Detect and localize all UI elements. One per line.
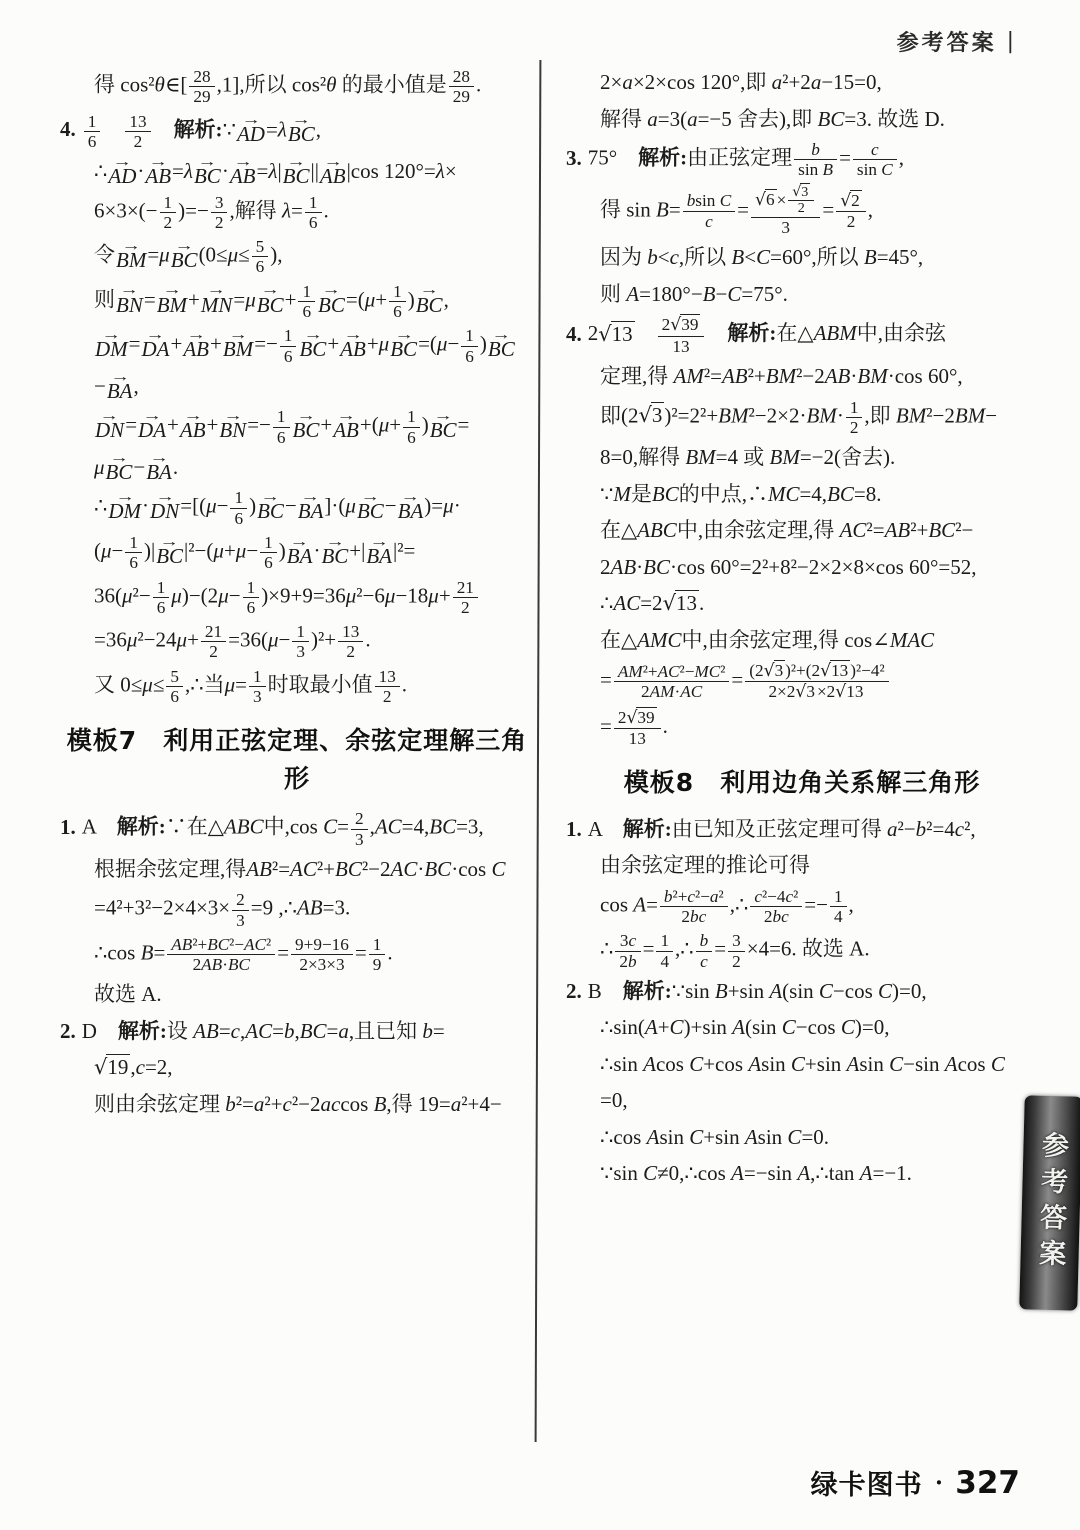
math-variable: AB [722,364,748,388]
solution-text-line: 36(μ²−16μ)−(2μ−16)×9+9=36μ²−6μ−18μ+212 [60,578,534,618]
math-variable: MC [694,662,720,681]
math-variable: AB [885,518,911,542]
math-variable: A [847,1052,860,1076]
vector-notation: →BA [107,374,133,402]
fraction: bsin B [794,140,837,180]
vector-notation: →BN [219,413,246,441]
math-variable: BC [228,955,250,974]
right-column: 2×a×2×cos 120°,即 a²+2a−15=0,解得 a=3(a=−5 … [566,62,1038,1195]
math-variable: A [626,282,639,306]
radical-notation: √19 [94,1055,130,1079]
vector-arrow-icon: → [149,159,168,166]
bold-text: 4. [566,322,582,346]
fraction: 13 [292,622,309,662]
math-variable: μ [437,332,448,356]
math-variable: ac [321,1092,341,1116]
vector-arrow-icon: → [233,159,252,166]
math-variable: BC [207,935,229,954]
fraction: 132 [375,667,400,707]
solution-text-line: 由余弦定理的推论可得 [566,850,1038,882]
math-variable: μ [206,494,217,518]
math-variable: c [628,931,636,950]
vector-arrow-icon: → [492,332,511,339]
fraction: 16 [305,193,322,233]
math-variable: B [141,940,154,964]
solution-text-line: 解得 a=3(a=−5 舍去),即 BC=3. 故选 D. [566,104,1038,136]
vector-arrow-icon: → [146,332,165,339]
fraction: 2829 [189,67,214,107]
math-variable: B [731,245,744,269]
vector-notation: →BC [257,494,284,522]
numbered-answer-line: 2.D 解析:设 AB=c,AC=b,BC=a,且已知 b= [60,1016,534,1048]
math-variable: μ [101,539,112,563]
vector-arrow-icon: → [110,374,129,381]
vector-notation: →BC [171,243,198,271]
publisher-brand: 绿卡图书 [811,1463,923,1502]
radical-notation: √3 [795,682,817,701]
fraction: 9+9−162×3×3 [291,935,353,975]
radical-notation: √13 [598,322,634,346]
math-variable: C [791,1052,805,1076]
bold-text: 解析: [117,815,166,839]
math-variable: AC [658,662,680,681]
math-variable: c [705,212,713,231]
math-variable: C [491,857,505,881]
fraction: 23 [232,890,249,930]
vector-arrow-icon: → [198,159,217,166]
vector-notation: →BC [390,332,417,360]
math-variable: μ [159,243,170,267]
math-variable: AB [611,555,637,579]
radical-notation: √13 [663,591,699,615]
math-variable: M [613,482,631,506]
math-variable: A [860,1161,873,1185]
solution-text-line: =4²+3²−2×4×3×23=9 ,∴AB=3. [60,890,534,930]
solution-text-line: =AM²+AC²−MC²2AM·AC=(2√3)²+(2√13)²−4²2×2√… [566,661,1038,703]
math-variable: C [991,1052,1005,1076]
solution-text-line: 在△ABC中,由余弦定理,得 AC²=AB²+BC²− [566,515,1038,547]
radical-sign-icon: √ [663,591,676,615]
radical-notation: √13 [820,661,850,680]
math-variable: C [670,1015,684,1039]
page-header-divider: | [1007,29,1014,54]
vector-notation: →DM [95,332,128,360]
fraction: 16 [243,578,260,618]
bold-text: 解析: [638,146,687,170]
math-variable: a [887,817,898,841]
answer-key-page: 参考答案 | 得 cos²θ∈[2829,1],所以 cos²θ 的最小值是28… [0,0,1080,1530]
fraction: 16 [389,282,406,322]
math-variable: c [871,140,879,159]
math-variable: μ [94,455,105,479]
math-variable: μ [443,494,454,518]
radical-notation: √3 [792,184,810,200]
math-variable: θ [155,73,165,97]
radical-notation: √13 [835,682,865,701]
math-variable: b [700,931,709,950]
math-variable: b [225,1092,236,1116]
math-variable: A [732,1015,745,1039]
math-variable: μ [346,583,357,607]
solution-text-line: 根据余弦定理,得AB²=AC²+BC²−2AC·BC·cos C [60,854,534,886]
vector-arrow-icon: → [336,413,355,420]
math-variable: A [731,1161,744,1185]
math-variable: AC [391,857,418,881]
math-variable: AB [297,896,323,920]
math-variable: BC [928,518,955,542]
math-variable: AM [650,682,675,701]
fraction: 2√3913 [658,315,705,356]
math-variable: μ [236,539,247,563]
fraction: 2829 [449,67,474,107]
vector-notation: →DA [142,332,170,360]
vector-notation: →BC [288,117,315,145]
page-number: 327 [955,1465,1020,1501]
vector-notation: →BC [321,539,348,567]
math-variable: AM [618,662,643,681]
solution-text-line: ∴→DM·→DN=[(μ−16)→BC−→BA]·(μ→BC−→BA)=μ· [60,488,534,528]
math-variable: C [881,160,892,179]
math-variable: AB [193,1019,219,1043]
math-variable: A [745,1125,758,1149]
vector-arrow-icon: → [292,117,311,124]
numbered-answer-line: 2.B 解析:∵sin B+sin A(sin C−cos C)=0, [566,976,1038,1008]
math-variable: μ [177,628,188,652]
vector-arrow-icon: → [162,287,181,294]
fraction: 16 [260,533,277,573]
vector-arrow-icon: → [122,243,141,250]
math-variable: a [451,1092,462,1116]
math-variable: b [628,952,637,971]
math-variable: BC [827,482,854,506]
vector-arrow-icon: → [370,539,389,546]
solution-text-line: 得 cos²θ∈[2829,1],所以 cos²θ 的最小值是2829. [60,67,534,107]
vector-arrow-icon: → [155,494,174,501]
math-variable: b [811,140,820,159]
vector-arrow-icon: → [207,287,226,294]
fraction: 16 [153,578,170,618]
solution-text-line: ∴cos Asin C+sin Asin C=0. [566,1122,1038,1154]
math-variable: bc [772,907,788,926]
solution-text-line: μ→BC−→BA. [60,452,534,484]
math-variable: λ [184,159,193,183]
vector-notation: →BA [287,539,313,567]
vector-arrow-icon: → [149,455,168,462]
math-variable: C [787,1125,801,1149]
solution-text-line: ∴sin Acos C+cos Asin C+sin Asin C−sin Ac… [566,1049,1038,1081]
solution-text-line: cos A=b²+c²−a²2bc,∴c²−4c²2bc=−14, [566,887,1038,927]
math-variable: MC [768,482,800,506]
math-variable: C [756,245,770,269]
math-variable: b [284,1019,295,1043]
math-variable: BM [718,403,748,427]
solution-text-line: 则→BN=→BM+→MN=μ→BC+16→BC=(μ+16)→BC, [60,282,534,322]
fraction: 16 [125,533,142,573]
math-variable: BC [300,1019,327,1043]
solution-text-line: 得 sin B=bsin Cc=√6×√323=√22, [566,185,1038,238]
fraction: 12 [846,398,863,438]
math-variable: B [374,1092,387,1116]
solution-text-line: 6×3×(−12)=−32,解得 λ=16. [60,193,534,233]
math-variable: c [785,887,793,906]
fraction: 12 [160,193,177,233]
solution-text-line: 则 A=180°−B−C=75°. [566,279,1038,311]
math-variable: c [136,1055,145,1079]
solution-text-line: 定理,得 AM²=AB²+BM²−2AB·BM·cos 60°, [566,361,1038,393]
math-variable: λ [436,159,445,183]
math-variable: C [889,1052,903,1076]
vector-notation: →BC [156,539,183,567]
solution-text-line: ∴AC=2√13. [566,588,1038,620]
vector-arrow-icon: → [183,413,202,420]
radical-sign-icon: √ [639,403,652,427]
radical-notation: √3 [639,403,665,427]
page-edge-tab-label: 参考答案 [1030,1131,1073,1276]
solution-text-line: −→BA, [60,371,534,403]
vector-notation: →DN [95,413,124,441]
vector-arrow-icon: → [113,159,132,166]
bold-text: 解析: [174,117,223,141]
vector-notation: →MN [201,287,233,315]
solution-text-line: 2AB·BC·cos 60°=2²+8²−2×2×8×cos 60°=52, [566,552,1038,584]
vector-notation: →BC [293,413,320,441]
fraction: √32 [788,185,814,218]
vector-notation: →AB [340,332,366,360]
fraction: 16 [298,282,315,322]
vector-notation: →AB [180,413,206,441]
math-variable: C [323,815,337,839]
vector-arrow-icon: → [241,117,260,124]
math-variable: c [283,1092,292,1116]
fraction: 212 [201,622,226,662]
fraction: 16 [84,112,101,152]
math-variable: μ [213,539,224,563]
math-variable: MAC [890,628,934,652]
math-variable: bc [690,907,706,926]
fraction: 16 [230,488,247,528]
math-variable: C [643,1161,657,1185]
math-variable: BC [818,107,845,131]
math-variable: a [687,107,698,131]
math-variable: A [769,979,782,1003]
solution-text-line: =0, [566,1085,1038,1117]
math-variable: a [622,70,633,94]
vector-arrow-icon: → [303,332,322,339]
math-variable: AC [244,935,266,954]
vector-notation: →DM [108,494,141,522]
section-heading: 模板8 利用边角关系解三角形 [566,764,1038,802]
bold-text: 解析: [118,1019,167,1043]
vector-notation: →AB [230,159,256,187]
math-variable: μ [345,494,356,518]
section-heading: 模板7 利用正弦定理、余弦定理解三角形 [60,722,534,797]
solution-text-line: ∴sin(A+C)+sin A(sin C−cos C)=0, [566,1012,1038,1044]
vector-arrow-icon: → [223,413,242,420]
fraction: √22 [836,191,866,232]
fraction: 16 [461,326,478,366]
fraction: bsin Cc [683,191,735,231]
math-variable: μ [218,583,229,607]
page-header: 参考答案 | [897,26,1014,57]
math-variable: AB [825,364,851,388]
solution-text-line: 即(2√3)²=2²+BM²−2×2·BM·12,即 BM²−2BM− [566,398,1038,438]
math-variable: μ [428,583,439,607]
vector-arrow-icon: → [296,413,315,420]
math-variable: BC [335,857,362,881]
math-variable: AM [674,364,704,388]
math-variable: B [715,979,728,1003]
vector-arrow-icon: → [100,413,119,420]
vector-arrow-icon: → [187,332,206,339]
vector-notation: →BC [106,455,133,483]
math-variable: μ [379,413,390,437]
math-variable: BM [955,403,985,427]
fraction: 132 [338,622,363,662]
math-variable: c [955,817,964,841]
fraction: b²+c²−a²2bc [660,887,728,927]
math-variable: C [819,979,833,1003]
column-divider-rule [535,60,542,1442]
radical-notation: √3 [764,661,786,680]
fraction: 19 [369,935,386,975]
vector-notation: →BC [416,287,443,315]
math-variable: a [772,70,783,94]
math-variable: B [656,197,669,221]
fraction: AB²+BC²−AC²2AB·BC [167,935,275,975]
vector-arrow-icon: → [175,243,194,250]
vector-notation: →BM [116,243,146,271]
bold-text: 1. [60,815,76,839]
bold-text: 解析: [727,322,776,346]
vector-notation: →BA [398,494,424,522]
math-variable: μ [171,583,182,607]
vector-notation: →AB [320,159,346,187]
fraction: csin C [853,140,897,180]
math-variable: λ [278,117,287,141]
vector-arrow-icon: → [301,494,320,501]
math-variable: BC [643,555,670,579]
solution-text-line: =2√3913. [566,708,1038,749]
math-variable: a [710,887,719,906]
math-variable: A [748,1052,761,1076]
solution-text-line: (μ−16)|→BC|²−(μ+μ−16)→BA·→BC+|→BA|²= [60,533,534,573]
math-variable: AC [375,815,402,839]
vector-notation: →BN [116,287,143,315]
math-variable: AB [246,857,272,881]
math-variable: μ [228,243,239,267]
math-variable: b [687,191,696,210]
math-variable: A [647,1125,660,1149]
math-variable: AC [290,857,317,881]
fraction: 56 [252,237,269,277]
vector-notation: →BA [298,494,324,522]
math-variable: BC [429,815,456,839]
page-edge-tab: 参考答案 [1019,1095,1080,1310]
numbered-answer-line: 3.75° 解析:由正弦定理bsin B=csin C, [566,140,1038,180]
vector-arrow-icon: → [261,494,280,501]
vector-notation: →BC [318,287,345,315]
vector-notation: →AD [237,117,265,145]
vector-notation: →BA [366,539,392,567]
math-variable: C [689,1052,703,1076]
math-variable: μ [122,583,133,607]
vector-arrow-icon: → [115,494,134,501]
math-variable: μ [365,287,376,311]
math-variable: c [231,1019,240,1043]
solution-text-line: √19,c=2, [60,1052,534,1084]
math-variable: b [916,817,927,841]
vector-notation: →AB [333,413,359,441]
vector-arrow-icon: → [325,539,344,546]
math-variable: B [703,282,716,306]
math-variable: BM [806,403,836,427]
math-variable: ABC [224,815,264,839]
math-variable: BM [896,403,926,427]
fraction: 13 [249,667,266,707]
radical-notation: √6 [755,190,777,209]
math-variable: c [687,887,695,906]
math-variable: A [797,1161,810,1185]
solution-text-line: 8=0,解得 BM=4 或 BM=−2(舍去). [566,442,1038,474]
vector-notation: →DA [138,413,166,441]
vector-notation: →AD [108,159,136,187]
math-variable: μ [379,332,390,356]
math-variable: AB [201,955,222,974]
vector-notation: →BC [194,159,221,187]
math-variable: BM [770,445,800,469]
radical-notation: √39 [670,315,700,334]
math-variable: μ [385,583,396,607]
math-variable: μ [142,672,153,696]
fraction: 16 [280,326,297,366]
fraction: 16 [273,407,290,447]
math-variable: AC [613,591,640,615]
fraction: c²−4c²2bc [750,887,802,927]
fraction: √6×√323 [751,185,820,238]
fraction: 23 [351,809,368,849]
bold-text: 3. [566,146,582,170]
vector-notation: →BC [299,332,326,360]
math-variable: A [633,892,646,916]
vector-arrow-icon: → [323,159,342,166]
fraction: 212 [453,578,478,618]
fraction: 14 [830,887,847,927]
vector-arrow-icon: → [102,332,121,339]
radical-sign-icon: √ [764,661,775,681]
math-variable: c [754,887,762,906]
math-variable: C [878,979,892,1003]
bold-text: 解析: [623,979,672,1003]
math-variable: AMC [637,628,681,652]
math-variable: μ [225,672,236,696]
vector-notation: →BC [430,413,457,441]
solution-text-line: 令→BM=μ→BC(0≤μ≤56), [60,237,534,277]
page-header-title: 参考答案 [897,26,997,57]
bold-text: 4. [60,117,76,141]
vector-notation: →AB [183,332,209,360]
vector-arrow-icon: → [433,413,452,420]
vector-notation: →DN [150,494,179,522]
vector-arrow-icon: → [290,539,309,546]
vector-notation: →AB [145,159,171,187]
vector-arrow-icon: → [322,287,341,294]
fraction: 132 [125,112,150,152]
solution-text-line: ∴→AD·→AB=λ→BC·→AB=λ|→BC||→AB|cos 120°=λ× [60,156,534,188]
fraction: (2√3)²+(2√13)²−4²2×2√3×2√13 [745,661,888,703]
solution-text-line: 因为 b<c,所以 B<C=60°,所以 B=45°, [566,242,1038,274]
math-variable: A [643,1052,656,1076]
math-variable: a [647,107,658,131]
